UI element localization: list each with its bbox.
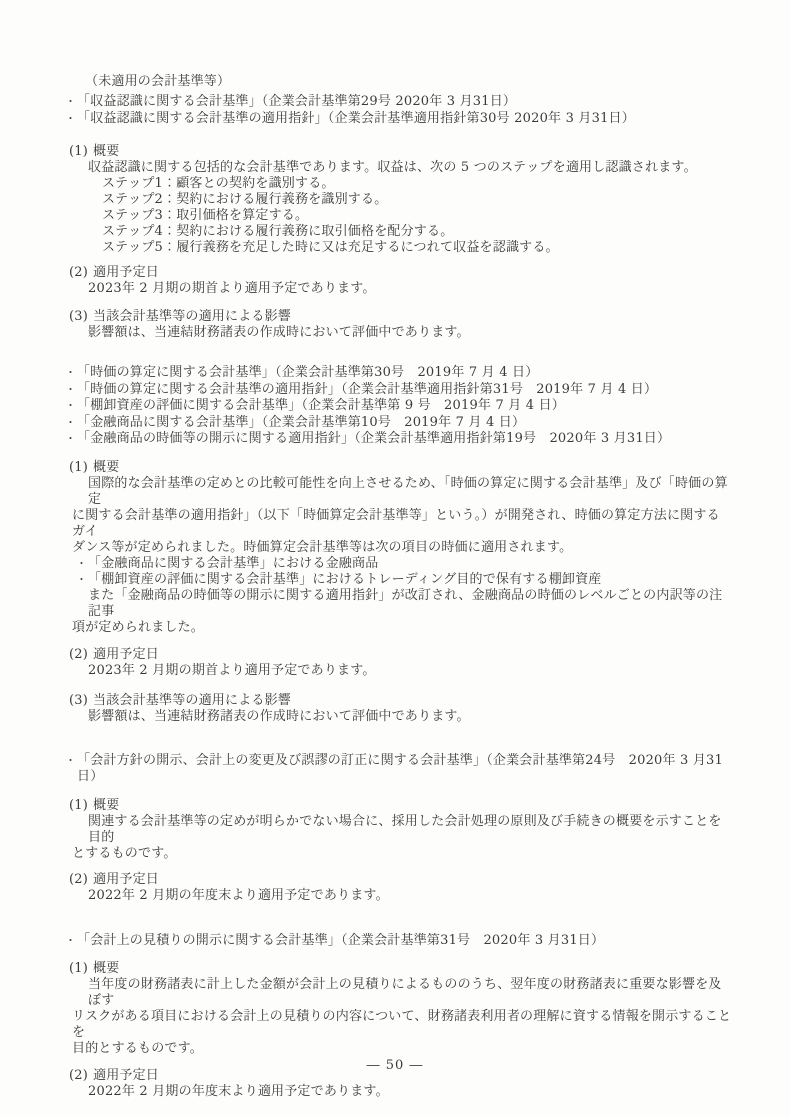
standard-bullet-line: ・ 「会計上の見積りの開示に関する会計基準」（企業会計基準第31号 2020年 … bbox=[65, 933, 732, 950]
paragraph-line: 2023年 2 月期の期首より適用予定であります。 bbox=[88, 281, 732, 297]
bullet-icon: ・ bbox=[65, 431, 77, 448]
bullet-icon: ・ bbox=[65, 933, 77, 950]
standard-bullet-line: ・ 「時価の算定に関する会計基準の適用指針」（企業会計基準適用指針第31号 20… bbox=[65, 382, 732, 399]
sub-bullet-line: ・ 「棚卸資産の評価に関する会計基準」におけるトレーディング目的で保有する棚卸資… bbox=[76, 572, 732, 588]
item-number: (1) bbox=[69, 460, 93, 476]
bullet-icon: ・ bbox=[65, 94, 77, 111]
item-number: (2) bbox=[69, 265, 93, 281]
paragraph-line: 当年度の財務諸表に計上した金額が会計上の見積りによるもののうち、翌年度の財務諸表… bbox=[88, 977, 732, 1009]
paragraph-line: また「金融商品の時価等の開示に関する適用指針」が改訂され、金融商品の時価のレベル… bbox=[88, 588, 732, 620]
item-number: (2) bbox=[69, 872, 93, 888]
standard-bullet-line: ・ 「時価の算定に関する会計基準」（企業会計基準第30号 2019年 7 月 4… bbox=[65, 365, 732, 382]
paragraph-line: 2022年 2 月期の年度末より適用予定であります。 bbox=[88, 888, 732, 904]
numbered-item: (2) 適用予定日 2022年 2 月期の年度末より適用予定であります。 bbox=[65, 872, 732, 904]
item-title: 概要 bbox=[93, 144, 119, 160]
paragraph-line: 目的とするものです。 bbox=[72, 1041, 732, 1057]
standard-title: 「時価の算定に関する会計基準」（企業会計基準第30号 2019年 7 月 4 日… bbox=[77, 365, 538, 382]
standard-title: 「時価の算定に関する会計基準の適用指針」（企業会計基準適用指針第31号 2019… bbox=[77, 382, 657, 399]
numbered-item: (2) 適用予定日 2023年 2 月期の期首より適用予定であります。 bbox=[65, 647, 732, 679]
numbered-item: (3) 当該会計基準等の適用による影響 影響額は、当連結財務諸表の作成時において… bbox=[65, 309, 732, 341]
standard-title: 「会計上の見積りの開示に関する会計基準」（企業会計基準第31号 2020年 3 … bbox=[77, 933, 604, 950]
item-title: 概要 bbox=[93, 798, 119, 814]
standard-title: 「金融商品の時価等の開示に関する適用指針」（企業会計基準適用指針第19号 202… bbox=[77, 431, 670, 448]
bullet-icon: ・ bbox=[65, 365, 77, 382]
standard-bullet-line: ・ 「棚卸資産の評価に関する会計基準」（企業会計基準第 9 号 2019年 7 … bbox=[65, 398, 732, 415]
bullet-icon: ・ bbox=[65, 753, 77, 786]
item-title: 概要 bbox=[93, 460, 119, 476]
standard-title: 「収益認識に関する会計基準」（企業会計基準第29号 2020年 3 月31日） bbox=[77, 94, 516, 111]
paragraph-line: 国際的な会計基準の定めとの比較可能性を向上させるため、「時価の算定に関する会計基… bbox=[88, 476, 732, 508]
section-heading: （未適用の会計基準等） bbox=[85, 74, 732, 90]
paragraph-line: 2022年 2 月期の年度末より適用予定であります。 bbox=[88, 1084, 732, 1100]
standard-title: 「棚卸資産の評価に関する会計基準」（企業会計基準第 9 号 2019年 7 月 … bbox=[77, 398, 565, 415]
numbered-item: (1) 概要 関連する会計基準等の定めが明らかでない場合に、採用した会計処理の原… bbox=[65, 798, 732, 862]
standard-bullet-line: ・ 「金融商品の時価等の開示に関する適用指針」（企業会計基準適用指針第19号 2… bbox=[65, 431, 732, 448]
paragraph-line: ダンス等が定められました。時価算定会計基準等は次の項目の時価に適用されます。 bbox=[72, 540, 732, 556]
item-number: (1) bbox=[69, 144, 93, 160]
standards-list: ・ 「会計方針の開示、会計上の変更及び誤謬の訂正に関する会計基準」（企業会計基準… bbox=[65, 753, 732, 786]
standard-title: 「金融商品に関する会計基準」（企業会計基準第10号 2019年 7 月 4 日） bbox=[77, 415, 525, 432]
paragraph-line: 関連する会計基準等の定めが明らかでない場合に、採用した会計処理の原則及び手続きの… bbox=[88, 814, 732, 846]
bullet-icon: ・ bbox=[76, 572, 88, 588]
item-number: (1) bbox=[69, 961, 93, 977]
standard-bullet-line: ・ 「収益認識に関する会計基準」（企業会計基準第29号 2020年 3 月31日… bbox=[65, 94, 732, 111]
paragraph-line: リスクがある項目における会計上の見積りの内容について、財務諸表利用者の理解に資す… bbox=[72, 1009, 732, 1041]
item-title: 適用予定日 bbox=[93, 872, 159, 888]
item-number: (2) bbox=[69, 647, 93, 663]
paragraph-line: 影響額は、当連結財務諸表の作成時において評価中であります。 bbox=[88, 709, 732, 725]
numbered-item: (3) 当該会計基準等の適用による影響 影響額は、当連結財務諸表の作成時において… bbox=[65, 693, 732, 725]
numbered-item: (1) 概要 収益認識に関する包括的な会計基準であります。収益は、次の 5 つの… bbox=[65, 144, 732, 256]
numbered-item: (2) 適用予定日 2023年 2 月期の期首より適用予定であります。 bbox=[65, 265, 732, 297]
step-line: ステップ3：取引価格を算定する。 bbox=[102, 208, 732, 224]
bullet-icon: ・ bbox=[76, 556, 88, 572]
step-line: ステップ5：履行義務を充足した時に又は充足するにつれて収益を認識する。 bbox=[102, 240, 732, 256]
bullet-icon: ・ bbox=[65, 398, 77, 415]
standards-list: ・ 「時価の算定に関する会計基準」（企業会計基準第30号 2019年 7 月 4… bbox=[65, 365, 732, 448]
sub-bullet-text: 「棚卸資産の評価に関する会計基準」におけるトレーディング目的で保有する棚卸資産 bbox=[88, 572, 602, 588]
step-line: ステップ4：契約における履行義務に取引価格を配分する。 bbox=[102, 224, 732, 240]
paragraph-line: 収益認識に関する包括的な会計基準であります。収益は、次の 5 つのステップを適用… bbox=[88, 160, 732, 176]
sub-bullet-text: 「金融商品に関する会計基準」における金融商品 bbox=[88, 556, 378, 572]
item-title: 当該会計基準等の適用による影響 bbox=[93, 693, 291, 709]
page-number: ― 50 ― bbox=[0, 1058, 790, 1074]
bullet-icon: ・ bbox=[65, 382, 77, 399]
standard-bullet-line: ・ 「収益認識に関する会計基準の適用指針」（企業会計基準適用指針第30号 202… bbox=[65, 111, 732, 128]
step-line: ステップ1：顧客との契約を識別する。 bbox=[102, 176, 732, 192]
item-number: (3) bbox=[69, 693, 93, 709]
paragraph-line: とするものです。 bbox=[72, 846, 732, 862]
standard-bullet-line: ・ 「会計方針の開示、会計上の変更及び誤謬の訂正に関する会計基準」（企業会計基準… bbox=[65, 753, 732, 786]
item-title: 適用予定日 bbox=[93, 265, 159, 281]
numbered-item: (1) 概要 国際的な会計基準の定めとの比較可能性を向上させるため、「時価の算定… bbox=[65, 460, 732, 636]
item-number: (1) bbox=[69, 798, 93, 814]
standards-list: ・ 「会計上の見積りの開示に関する会計基準」（企業会計基準第31号 2020年 … bbox=[65, 933, 732, 950]
standards-list: ・ 「収益認識に関する会計基準」（企業会計基準第29号 2020年 3 月31日… bbox=[65, 94, 732, 127]
item-title: 当該会計基準等の適用による影響 bbox=[93, 309, 291, 325]
paragraph-line: に関する会計基準の適用指針」（以下「時価算定会計基準等」という。）が開発され、時… bbox=[72, 508, 732, 540]
paragraph-line: 2023年 2 月期の期首より適用予定であります。 bbox=[88, 663, 732, 679]
numbered-item: (1) 概要 当年度の財務諸表に計上した金額が会計上の見積りによるもののうち、翌… bbox=[65, 961, 732, 1057]
step-line: ステップ2：契約における履行義務を識別する。 bbox=[102, 192, 732, 208]
bullet-icon: ・ bbox=[65, 415, 77, 432]
standard-title: 「会計方針の開示、会計上の変更及び誤謬の訂正に関する会計基準」（企業会計基準第2… bbox=[77, 753, 732, 786]
standard-title: 「収益認識に関する会計基準の適用指針」（企業会計基準適用指針第30号 2020年… bbox=[77, 111, 635, 128]
paragraph-line: 影響額は、当連結財務諸表の作成時において評価中であります。 bbox=[88, 325, 732, 341]
bullet-icon: ・ bbox=[65, 111, 77, 128]
item-number: (3) bbox=[69, 309, 93, 325]
item-title: 概要 bbox=[93, 961, 119, 977]
paragraph-line: 項が定められました。 bbox=[72, 620, 732, 636]
item-title: 適用予定日 bbox=[93, 647, 159, 663]
standard-bullet-line: ・ 「金融商品に関する会計基準」（企業会計基準第10号 2019年 7 月 4 … bbox=[65, 415, 732, 432]
sub-bullet-line: ・ 「金融商品に関する会計基準」における金融商品 bbox=[76, 556, 732, 572]
document-page: （未適用の会計基準等） ・ 「収益認識に関する会計基準」（企業会計基準第29号 … bbox=[0, 0, 790, 1117]
